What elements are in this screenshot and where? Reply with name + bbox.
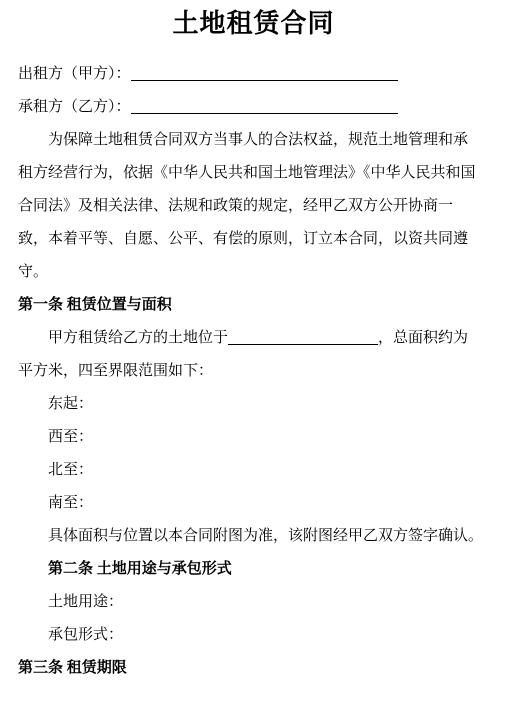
attachment-note-line: 具体面积与位置以本合同附图为准，该附图经甲乙双方签字确认。 [18,520,489,553]
lessee-label: 承租方（乙方）： [18,99,131,115]
lessor-label: 出租方（甲方）： [18,66,131,82]
boundary-north-line: 北至： [18,454,489,487]
lessor-name-blank[interactable] [131,80,398,81]
document-title: 土地租赁合同 [18,6,489,42]
article-3-heading: 第三条 租赁期限 [18,652,489,685]
location-text-before: 甲方租赁给乙方的土地位于 [48,330,228,346]
party-line-lessee: 承租方（乙方）： [18,91,489,124]
contract-document: 土地租赁合同 出租方（甲方）： 承租方（乙方）： 为保障土地租赁合同双方当事人的… [0,0,507,718]
lessee-name-blank[interactable] [131,113,398,114]
location-text-after: ，总面积约为 [378,330,468,346]
preamble-paragraph: 为保障土地租赁合同双方当事人的合法权益，规范土地管理和承租方经营行为，依据《中华… [18,124,478,289]
article-2-heading: 第二条 土地用途与承包形式 [18,553,489,586]
boundary-west-line: 西至： [18,421,489,454]
contract-form-line: 承包形式： [18,619,489,652]
location-fill-blank[interactable] [228,344,378,345]
party-line-lessor: 出租方（甲方）： [18,58,489,91]
article-1-heading: 第一条 租赁位置与面积 [18,289,489,322]
land-use-line: 土地用途： [18,586,489,619]
location-line: 甲方租赁给乙方的土地位于，总面积约为 [18,322,489,355]
area-wrap-line: 平方米，四至界限范围如下： [18,355,489,388]
boundary-east-line: 东起： [18,388,489,421]
boundary-south-line: 南至： [18,487,489,520]
